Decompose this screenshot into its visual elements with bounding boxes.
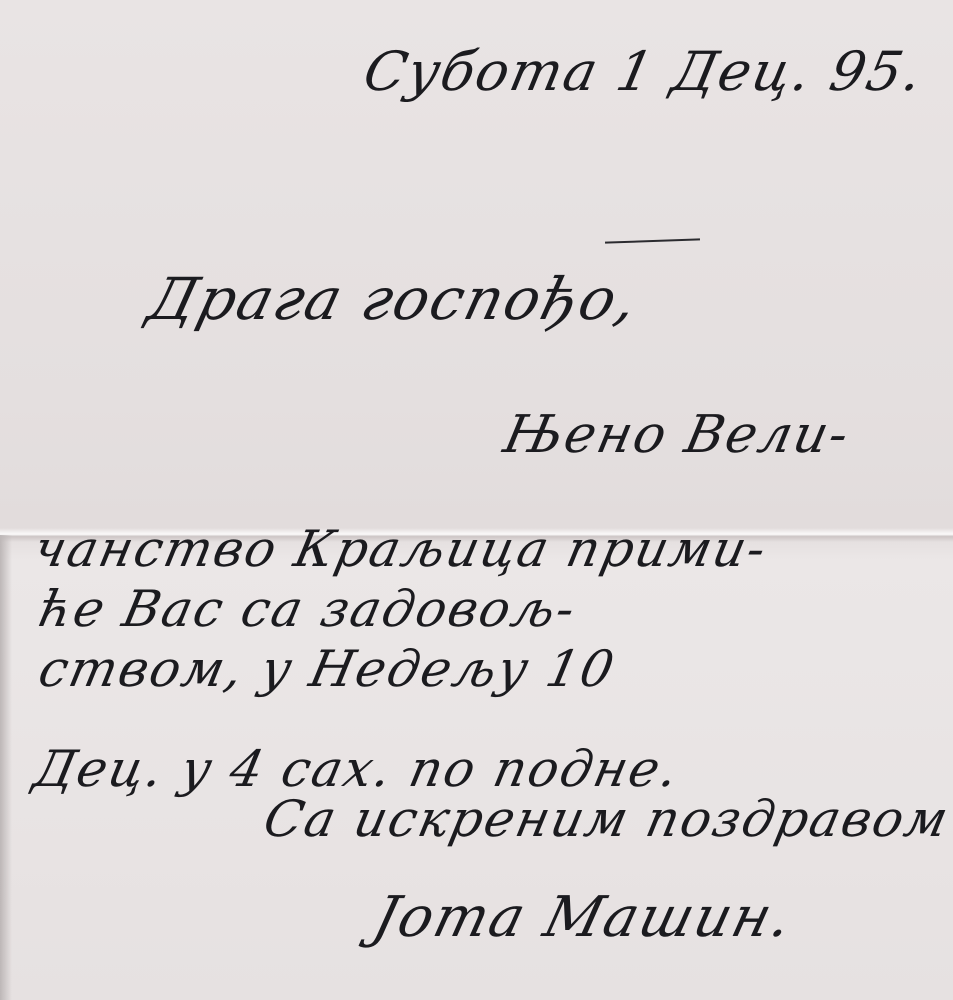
letter-body-line: чанство Краљица прими- bbox=[29, 520, 773, 578]
paper-edge-shadow bbox=[0, 535, 12, 1000]
letter-closing: Са искреним поздравом bbox=[259, 790, 953, 848]
letter-signature: Јота Машин. bbox=[367, 885, 800, 950]
letter-paper: Субота 1 Дец. 95. Драга госпођо, Њено Ве… bbox=[0, 0, 953, 1000]
letter-body-line: ће Вас са задовољ- bbox=[34, 580, 582, 638]
letter-body-line: ством, у Недељу 10 bbox=[34, 640, 621, 698]
letter-salutation: Драга госпођо, bbox=[142, 265, 647, 333]
abbreviation-mark bbox=[605, 238, 700, 243]
letter-body-line: Њено Вели- bbox=[499, 405, 856, 465]
letter-date: Субота 1 Дец. 95. bbox=[358, 40, 929, 103]
